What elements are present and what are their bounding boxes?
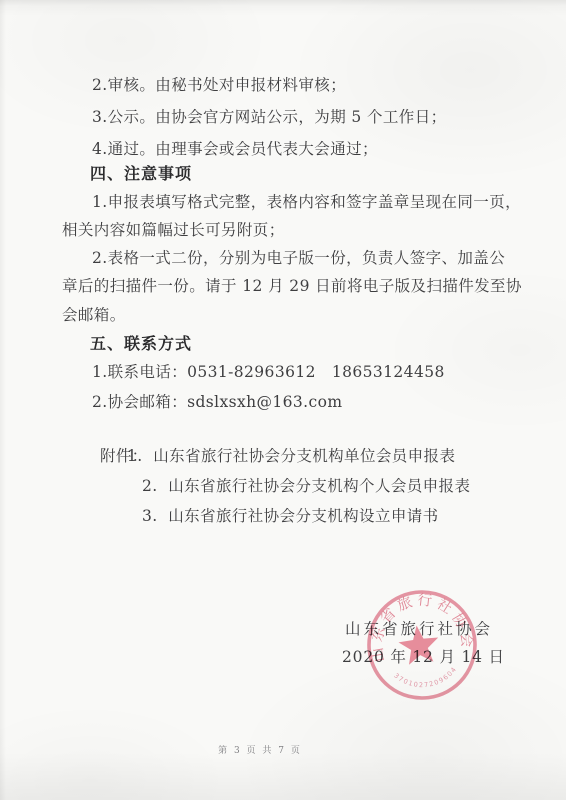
procedure-step: 2.审核。由秘书处对申报材料审核； [92,76,346,95]
attachment-item: 1. 山东省旅行社协会分支机构单位会员申报表 [127,447,455,466]
paragraph-line: 2.表格一式二份，分别为电子版一份，负责人签字、加盖公 [92,249,505,268]
paragraph-line: 章后的扫描件一份。请于 12 月 29 日前将电子版及扫描件发至协 [62,277,522,296]
attachment-item: 3. 山东省旅行社协会分支机构设立申请书 [142,507,439,526]
contact-phone-line: 1.联系电话：0531-82963612 18653124458 [92,363,445,382]
official-seal: 山东省旅行社协会 3701027209604 [347,570,497,720]
procedure-step: 4.通过。由理事会或会员代表大会通过； [92,140,378,159]
procedure-step: 3.公示。由协会官方网站公示，为期 5 个工作日； [92,108,447,127]
section-heading-contact: 五、联系方式 [90,334,192,353]
scanned-document-page: 2.审核。由秘书处对申报材料审核； 3.公示。由协会官方网站公示，为期 5 个工… [0,0,566,800]
seal-star [397,623,441,666]
section-heading-notes: 四、注意事项 [90,164,192,183]
page-footer: 第 3 页 共 7 页 [180,743,340,756]
paragraph-line: 1.申报表填写格式完整，表格内容和签字盖章呈现在同一页， [92,193,521,212]
paragraph-line: 相关内容如篇幅过长可另附页； [62,221,285,240]
contact-email-line: 2.协会邮箱：sdslxsxh@163.com [92,393,342,412]
attachment-item: 2. 山东省旅行社协会分支机构个人会员申报表 [142,477,470,496]
paragraph-line: 会邮箱。 [62,306,126,325]
